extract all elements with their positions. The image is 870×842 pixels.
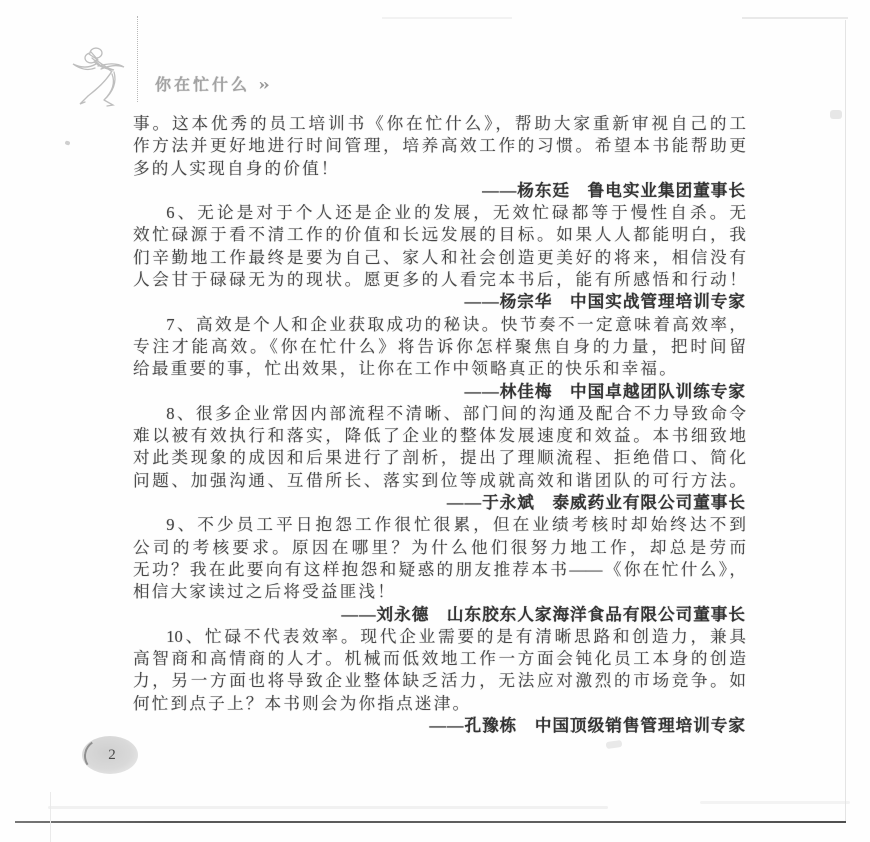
body-line: 给最重要的事，忙出效果，让你在工作中领略真正的快乐和幸福。 — [133, 358, 746, 380]
body-line: 何忙到点子上？本书则会为你指点迷津。 — [133, 693, 746, 715]
chevron-right-icon: » — [259, 74, 270, 94]
body-line: 作方法并更好地进行时间管理，培养高效工作的习惯。希望本书能帮助更 — [133, 135, 746, 157]
body-line: 难以被有效执行和落实，降低了企业的整体发展速度和效益。本书细致地 — [133, 425, 746, 447]
left-scan-crease-line — [50, 792, 51, 842]
endorser-attribution: ——杨东廷 鲁电实业集团董事长 — [133, 180, 746, 202]
body-line: 效忙碌源于看不清工作的价值和长远发展的目标。如果人人都能明白，我 — [133, 224, 746, 246]
scan-smudge — [700, 801, 850, 804]
body-line: 6、无论是对于个人还是企业的发展，无效忙碌都等于慢性自杀。无 — [133, 202, 746, 224]
scan-smudge — [742, 17, 848, 19]
book-title: 你在忙什么 — [155, 72, 250, 95]
body-line: 相信大家读过之后将受益匪浅！ — [133, 581, 746, 603]
body-line: 力，另一方面也将导致企业整体缺乏活力，无法应对激烈的市场竞争。如 — [133, 670, 746, 692]
endorser-attribution: ——杨宗华 中国实战管理培训专家 — [133, 291, 746, 313]
body-line: 们辛勤地工作最终是要为自己、家人和社会创造更美好的将来，相信没有 — [133, 247, 746, 269]
bottom-scan-edge-line — [15, 821, 846, 823]
scan-speck — [830, 110, 842, 119]
body-line: 10、忙碌不代表效率。现代企业需要的是有清晰思路和创造力，兼具 — [133, 626, 746, 648]
endorser-attribution: ——孔豫栋 中国顶级销售管理培训专家 — [133, 715, 746, 737]
body-line: 专注才能高效。《你在忙什么》将告诉你怎样聚焦自身的力量，把时间留 — [133, 336, 746, 358]
endorser-attribution: ——林佳梅 中国卓越团队训练专家 — [133, 381, 746, 403]
header-dotted-divider — [137, 16, 138, 102]
body-line: 多的人实现自身的价值！ — [133, 158, 746, 180]
body-line: 9、不少员工平日抱怨工作很忙很累，但在业绩考核时却始终达不到 — [133, 514, 746, 536]
page-number: 2 — [108, 747, 116, 764]
body-line: 问题、加强沟通、互借所长、落实到位等成就高效和谐团队的可行方法。 — [133, 470, 746, 492]
endorser-attribution: ——刘永德 山东胶东人家海洋食品有限公司董事长 — [133, 604, 746, 626]
body-line: 人会甘于碌碌无为的现状。愿更多的人看完本书后，能有所感悟和行动！ — [133, 269, 746, 291]
scan-speck — [64, 140, 70, 145]
running-figure-icon — [56, 44, 136, 124]
body-line: 对此类现象的成因和后果进行了剖析，提出了理顺流程、拒绝借口、简化 — [133, 447, 746, 469]
right-scan-edge-line — [845, 20, 846, 821]
endorser-attribution: ——于永斌 泰威药业有限公司董事长 — [133, 492, 746, 514]
body-line: 8、很多企业常因内部流程不清晰、部门间的沟通及配合不力导致命令 — [133, 403, 746, 425]
body-line: 无功？我在此要向有这样抱怨和疑惑的朋友推荐本书——《你在忙什么》， — [133, 559, 746, 581]
scan-smudge — [48, 806, 608, 809]
body-line: 高智商和高情商的人才。机械而低效地工作一方面会钝化员工本身的创造 — [133, 648, 746, 670]
scan-smudge — [382, 17, 512, 19]
body-line: 公司的考核要求。原因在哪里？为什么他们很努力地工作，却总是劳而 — [133, 537, 746, 559]
body-line: 7、高效是个人和企业获取成功的秘诀。快节奏不一定意味着高效率， — [133, 314, 746, 336]
page-body: 事。这本优秀的员工培训书《你在忙什么》，帮助大家重新审视自己的工 作方法并更好地… — [133, 113, 746, 737]
running-head: 你在忙什么 » — [155, 72, 269, 95]
body-line: 事。这本优秀的员工培训书《你在忙什么》，帮助大家重新审视自己的工 — [133, 113, 746, 135]
page-number-badge: 2 — [82, 736, 138, 774]
scan-speck — [606, 740, 623, 749]
scanned-book-page: 你在忙什么 » 事。这本优秀的员工培训书《你在忙什么》，帮助大家重新审视自己的工… — [0, 0, 870, 842]
